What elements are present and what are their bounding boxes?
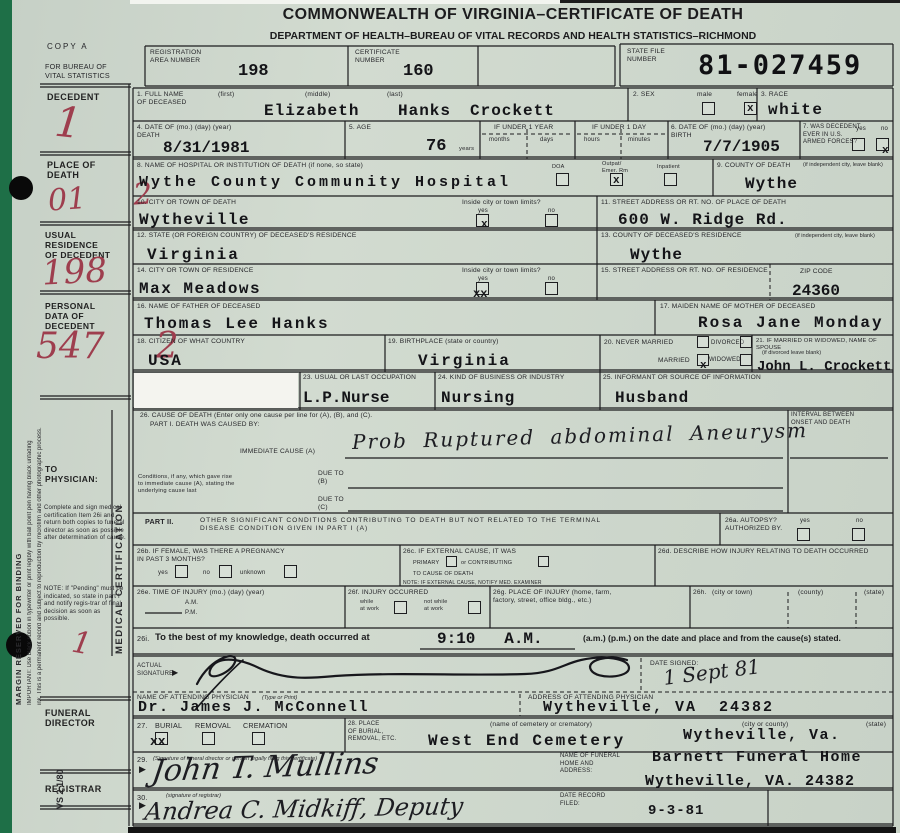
field-18-label: 18. CITIZEN OF WHAT COUNTRY: [137, 338, 245, 346]
primary-checkbox: [446, 556, 457, 567]
field-10-label: 10. CITY OR TOWN OF DEATH: [137, 199, 236, 207]
cemetery-value: West End Cemetery: [428, 732, 625, 750]
cemetery-hint: (name of cemetery or crematory): [490, 721, 592, 729]
field-25-label: 25. INFORMANT OR SOURCE OF INFORMATION: [603, 374, 761, 382]
burial-state-hint: (state): [866, 721, 886, 729]
never-married-checkbox: [697, 336, 709, 348]
cremation-label: CREMATION: [243, 721, 287, 730]
inpatient-label: Inpatient: [657, 164, 680, 171]
field-26a-label: 26a. AUTOPSY? AUTHORIZED BY.: [725, 517, 782, 533]
section-to-physician: TO PHYSICIAN:: [45, 464, 98, 484]
field-5-label: 5. AGE: [349, 124, 371, 132]
married-label: MARRIED: [658, 357, 690, 365]
limits-14-label: Inside city or town limits?: [462, 267, 541, 275]
section-registrar: REGISTRAR: [45, 784, 102, 794]
removal-label: REMOVAL: [195, 721, 231, 730]
funeral-signature-arrow-icon: ▶: [139, 764, 146, 775]
city-residence-value: Max Meadows: [139, 280, 261, 298]
field-1-label: 1. FULL NAME OF DECEASED: [137, 91, 186, 107]
age-unit-label: years: [459, 146, 474, 153]
signature-arrow-icon: ▶: [172, 668, 178, 677]
limits-14-no-checkbox: [545, 282, 558, 295]
immediate-cause-label: IMMEDIATE CAUSE (A): [240, 448, 315, 456]
outpatient-mark: x: [613, 175, 620, 187]
death-occurred-tail: (a.m.) (p.m.) on the date and place and …: [583, 633, 841, 643]
redaction-box: [134, 373, 298, 408]
field-12-label: 12. STATE (OR FOREIGN COUNTRY) OF DECEAS…: [137, 232, 356, 240]
field-9-label: 9. COUNTY OF DEATH: [717, 162, 790, 170]
external-cause-note: NOTE: IF EXTERNAL CAUSE, NOTIFY MED. EXA…: [403, 580, 542, 586]
industry-value: Nursing: [441, 389, 515, 407]
field-21-hint: (if divorced leave blank): [762, 350, 821, 356]
part-2-text: OTHER SIGNIFICANT CONDITIONS CONTRIBUTIN…: [200, 517, 601, 533]
state-residence-value: Virginia: [147, 246, 240, 264]
occupation-value: L.P.Nurse: [303, 389, 389, 407]
pm-label: P.M.: [185, 610, 197, 618]
contributing-label: or CONTRIBUTING: [461, 560, 512, 567]
armed-forces-yes-label: yes: [856, 126, 866, 134]
sex-female-mark: x: [747, 103, 754, 115]
last-name-hint: (last): [387, 91, 403, 99]
inpatient-checkbox: [664, 173, 677, 186]
armed-forces-no-label: no: [881, 126, 888, 134]
certificate-subtitle: DEPARTMENT OF HEALTH–BUREAU OF VITAL REC…: [133, 30, 893, 42]
decedent-middle-name: Hanks: [398, 102, 451, 120]
bureau-label: FOR BUREAU OF VITAL STATISTICS: [45, 62, 110, 80]
autopsy-no-checkbox: [852, 528, 865, 541]
physician-address-value: Wytheville, VA 24382: [543, 699, 774, 716]
pregnancy-yes-label: yes: [158, 570, 168, 578]
state-hint: (state): [864, 589, 884, 597]
decedent-first-name: Elizabeth: [264, 102, 359, 120]
limits-10-no-checkbox: [545, 214, 558, 227]
field-4-label: 4. DATE OF (mo.) (day) (year) DEATH: [137, 124, 231, 140]
under-1-day-label: IF UNDER 1 DAY: [592, 124, 646, 132]
while-at-work-checkbox: [394, 601, 407, 614]
actual-signature-label: ACTUAL SIGNATURE: [137, 663, 173, 678]
to-cause-label: TO CAUSE OF DEATH: [413, 571, 473, 578]
citizen-value: USA: [148, 352, 183, 370]
margin-important-text-1: IMPORTANT: Use black ribbon in typewrite…: [27, 90, 36, 705]
sex-male-checkbox: [702, 102, 715, 115]
date-filed-value: 9-3-81: [648, 803, 704, 819]
certificate-number-value: 160: [403, 62, 434, 81]
city-of-death-value: Wytheville: [139, 211, 250, 229]
conditions-note: Conditions, if any, which gave rise to i…: [138, 474, 235, 496]
autopsy-no-label: no: [856, 518, 863, 526]
field-3-label: 3. RACE: [761, 91, 788, 99]
months-label: months: [489, 137, 510, 145]
limits-14-yes-mark: xx: [473, 287, 487, 301]
date-of-birth-value: 7/7/1905: [703, 138, 780, 156]
field-26f-label: 26f. INJURY OCCURRED: [348, 589, 428, 597]
field-26d-label: 26d. DESCRIBE HOW INJURY RELATING TO DEA…: [658, 548, 869, 556]
pregnancy-no-label: no: [203, 570, 210, 578]
due-to-b-label: DUE TO (B): [318, 470, 344, 486]
field-20-label: 20. NEVER MARRIED: [604, 339, 673, 347]
zip-value: 24360: [792, 282, 840, 300]
field-28-label: 28. PLACE OF BURIAL, REMOVAL, ETC.: [348, 721, 397, 744]
interval-label: INTERVAL BETWEEN ONSET AND DEATH: [791, 412, 854, 427]
field-29-label: 29.: [137, 755, 148, 764]
certificate-number-label: CERTIFICATE NUMBER: [355, 49, 400, 65]
physician-signature: [183, 648, 653, 694]
pregnancy-no-checkbox: [219, 565, 232, 578]
field-26b-label: 26b. IF FEMALE, WAS THERE A PREGNANCY IN…: [137, 548, 285, 564]
attending-physician-name: Dr. James J. McConnell: [138, 699, 369, 716]
field-23-label: 23. USUAL OR LAST OCCUPATION: [303, 374, 416, 382]
physician-pending-note: NOTE: If "Pending" must be indicated, so…: [44, 586, 126, 624]
field-26c-label: 26c. IF EXTERNAL CAUSE, IT WAS: [403, 548, 516, 556]
pregnancy-yes-checkbox: [175, 565, 188, 578]
registrar-code-residence: 198: [41, 250, 108, 293]
middle-name-hint: (middle): [305, 91, 330, 99]
autopsy-yes-label: yes: [800, 518, 810, 526]
sex-male-label: male: [697, 91, 712, 99]
form-code: VS 2 1/80: [55, 733, 69, 809]
field-11-label: 11. STREET ADDRESS OR RT. NO. OF PLACE O…: [601, 199, 786, 207]
physician-instructions: Complete and sign medical certification …: [44, 505, 126, 543]
not-while-at-work-checkbox: [468, 601, 481, 614]
primary-label: PRIMARY: [413, 560, 439, 567]
field-26-header: 26. CAUSE OF DEATH (Enter only one cause…: [140, 412, 372, 420]
autopsy-yes-checkbox: [797, 528, 810, 541]
field-17-label: 17. MAIDEN NAME OF MOTHER OF DECEASED: [660, 303, 815, 311]
cremation-checkbox: [252, 732, 265, 745]
mother-name-value: Rosa Jane Monday: [698, 314, 884, 332]
while-at-work-label: while at work: [360, 599, 379, 613]
doa-label: DOA: [552, 164, 565, 171]
doa-checkbox: [556, 173, 569, 186]
county-of-death-value: Wythe: [745, 175, 798, 193]
time-of-death-value: 9:10 A.M.: [437, 630, 543, 648]
field-26e-label: 26e. TIME OF INJURY (mo.) (day) (year): [137, 589, 264, 597]
married-mark: x: [700, 360, 707, 372]
burial-mark: xx: [150, 734, 166, 749]
pregnancy-unknown-label: unknown: [240, 570, 265, 578]
field-26i-label: 26i.: [137, 634, 149, 643]
not-while-at-work-label: not while at work: [424, 599, 448, 613]
limits-10-yes-mark: x: [481, 219, 488, 231]
due-to-c-label: DUE TO (C): [318, 496, 344, 512]
father-name-value: Thomas Lee Hanks: [144, 315, 330, 333]
under-1-year-label: IF UNDER 1 YEAR: [494, 124, 553, 132]
margin-binding-text: MARGIN RESERVED FOR BINDING: [14, 95, 26, 705]
widowed-checkbox: [740, 354, 752, 366]
field-27-label: 27.: [137, 721, 148, 730]
pregnancy-unknown-checkbox: [284, 565, 297, 578]
minutes-label: minutes: [628, 137, 650, 145]
registrar-code-decedent: 1: [53, 97, 85, 149]
registration-area-value: 198: [238, 62, 269, 81]
hours-label: hours: [584, 137, 600, 145]
spouse-value: John L. Crockett: [757, 359, 891, 375]
funeral-home-name: Barnett Funeral Home: [652, 749, 862, 766]
armed-forces-no-mark: x: [882, 145, 889, 157]
city-or-town-hint: (city or town): [712, 589, 753, 597]
registrar-code-place: 01 2: [47, 176, 154, 218]
section-place-of-death: PLACE OF DEATH: [47, 160, 96, 180]
informant-value: Husband: [615, 389, 689, 407]
death-certificate-scan: MARGIN RESERVED FOR BINDING IMPORTANT: U…: [0, 0, 900, 833]
field-13-label: 13. COUNTY OF DECEASED'S RESIDENCE: [601, 232, 742, 240]
field-9-hint: (if independent city, leave blank): [803, 162, 883, 168]
zip-label: ZIP CODE: [800, 268, 833, 276]
date-of-death-value: 8/31/1981: [163, 139, 249, 157]
first-name-hint: (first): [218, 91, 234, 99]
hospital-value: Wythe County Community Hospital: [139, 174, 511, 191]
street-of-death-value: 600 W. Ridge Rd.: [618, 211, 788, 229]
registration-area-label: REGISTRATION AREA NUMBER: [150, 49, 201, 65]
field-8-label: 8. NAME OF HOSPITAL OR INSTITUTION OF DE…: [137, 162, 363, 170]
funeral-home-label: NAME OF FUNERAL HOME AND ADDRESS:: [560, 753, 620, 776]
field-16-label: 16. NAME OF FATHER OF DECEASED: [137, 303, 261, 311]
burial-city-value: Wytheville, Va.: [683, 727, 841, 744]
sex-female-label: female: [737, 91, 758, 99]
limits-10-label: Inside city or town limits?: [462, 199, 541, 207]
field-13-hint: (if independent city, leave blank): [795, 233, 875, 239]
divorced-checkbox: [740, 336, 752, 348]
contributing-checkbox: [538, 556, 549, 567]
county-hint: (county): [798, 589, 823, 597]
race-value: white: [768, 101, 824, 119]
death-occurred-text: To the best of my knowledge, death occur…: [155, 632, 370, 643]
funeral-home-address: Wytheville, VA. 24382: [645, 773, 855, 790]
age-value: 76: [426, 137, 446, 156]
decedent-last-name: Crockett: [470, 102, 555, 120]
field-14-label: 14. CITY OR TOWN OF RESIDENCE: [137, 267, 253, 275]
date-filed-label: DATE RECORD FILED:: [560, 793, 605, 808]
am-label: A.M.: [185, 600, 198, 608]
armed-forces-yes-checkbox: [852, 138, 865, 151]
widowed-label: WIDOWED: [709, 357, 741, 365]
certificate-title: COMMONWEALTH OF VIRGINIA–CERTIFICATE OF …: [133, 6, 893, 24]
county-residence-value: Wythe: [630, 246, 683, 264]
field-15-label: 15. STREET ADDRESS OR RT. NO. OF RESIDEN…: [601, 267, 768, 275]
part-1-label: PART I. DEATH WAS CAUSED BY:: [150, 421, 260, 429]
field-19-label: 19. BIRTHPLACE (state or country): [388, 338, 499, 346]
field-26h-label: 26h.: [693, 589, 707, 597]
state-file-value: 81-027459: [698, 50, 862, 81]
field-2-label: 2. SEX: [633, 91, 655, 99]
birthplace-value: Virginia: [418, 352, 511, 370]
burial-label: BURIAL: [155, 721, 182, 730]
removal-checkbox: [202, 732, 215, 745]
copy-label: COPY A: [47, 42, 89, 52]
part-2-label: PART II.: [145, 517, 174, 526]
section-funeral-director: FUNERAL DIRECTOR: [45, 708, 95, 728]
days-label: days: [540, 137, 553, 145]
field-26g-label: 26g. PLACE OF INJURY (home, farm, factor…: [493, 589, 612, 605]
state-file-label: STATE FILE NUMBER: [627, 48, 665, 64]
registrar-signature: Andrea C. Midkiff, Deputy: [143, 792, 464, 826]
field-24-label: 24. KIND OF BUSINESS OR INDUSTRY: [438, 374, 564, 382]
